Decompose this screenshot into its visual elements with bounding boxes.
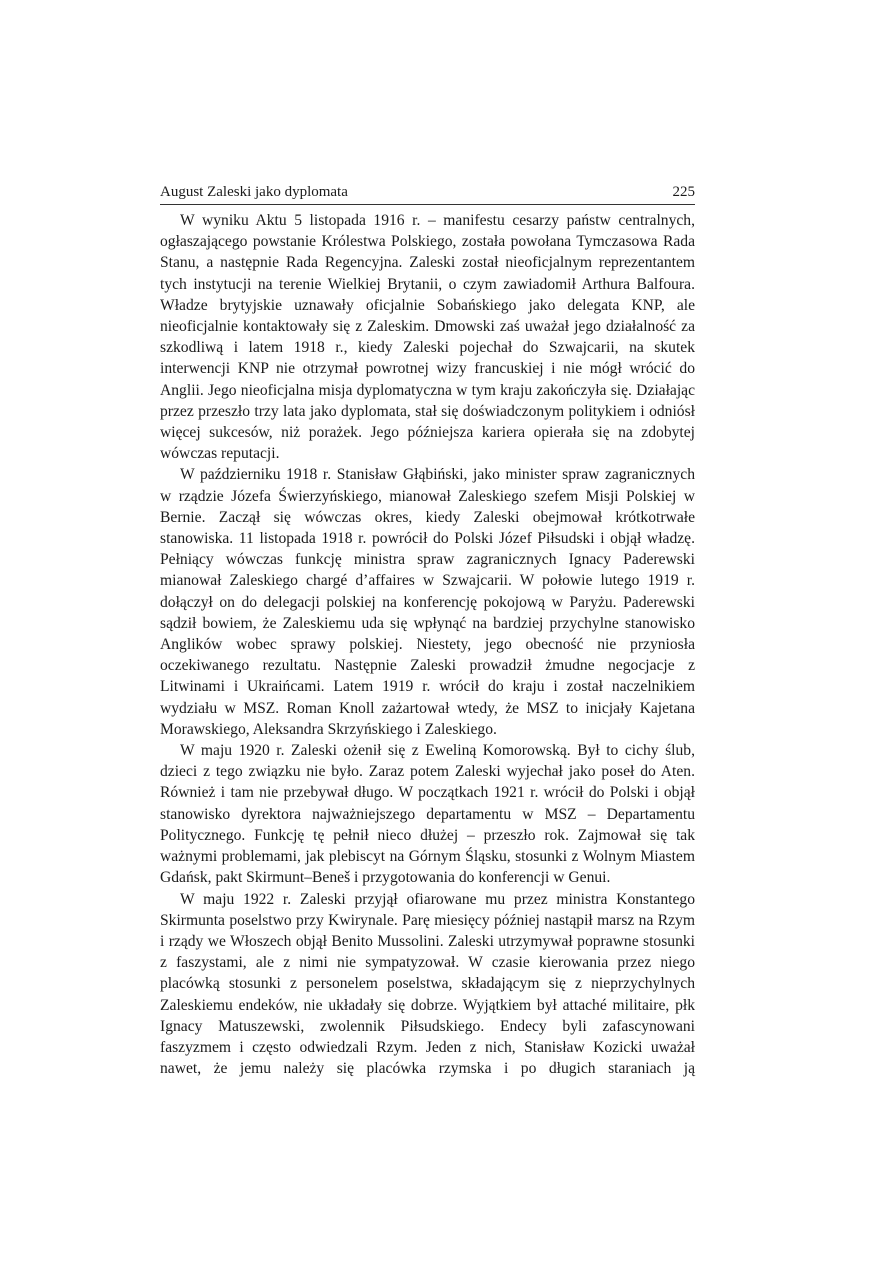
body-text: W wyniku Aktu 5 listopada 1916 r. – mani… (160, 210, 695, 1079)
paragraph: W maju 1920 r. Zaleski ożenił się z Ewel… (160, 740, 695, 888)
running-head: August Zaleski jako dyplomata 225 (160, 183, 695, 205)
paragraph: W październiku 1918 r. Stanisław Głąbińs… (160, 464, 695, 740)
paragraph: W maju 1922 r. Zaleski przyjął ofiarowan… (160, 889, 695, 1080)
page-number: 225 (673, 183, 696, 201)
paragraph: W wyniku Aktu 5 listopada 1916 r. – mani… (160, 210, 695, 464)
book-page: August Zaleski jako dyplomata 225 W wyni… (160, 183, 695, 1079)
running-head-title: August Zaleski jako dyplomata (160, 183, 348, 201)
